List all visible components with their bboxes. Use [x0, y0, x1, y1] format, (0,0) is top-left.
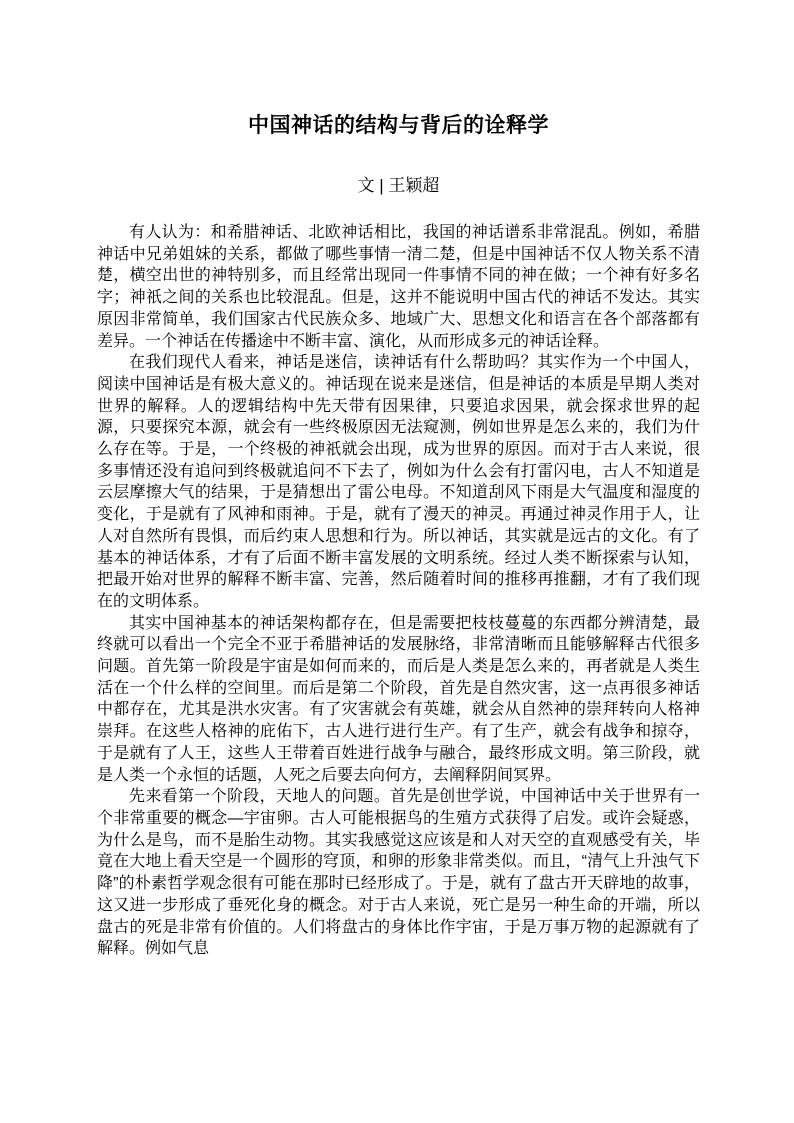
document-page: 中国神话的结构与背后的诠释学 文 | 王颖超 有人认为：和希腊神话、北欧神话相比… [0, 0, 794, 1123]
paragraph: 在我们现代人看来，神话是迷信，读神话有什么帮助吗？其实作为一个中国人，阅读中国神… [97, 352, 700, 612]
article-byline: 文 | 王颖超 [97, 175, 700, 197]
paragraph: 先来看第一个阶段，天地人的问题。首先是创世学说，中国神话中关于世界有一个非常重要… [97, 786, 700, 960]
paragraph: 有人认为：和希腊神话、北欧神话相比，我国的神话谱系非常混乱。例如，希腊神话中兄弟… [97, 222, 700, 352]
paragraph: 其实中国神基本的神话架构都存在，但是需要把枝枝蔓蔓的东西都分辨清楚，最终就可以看… [97, 613, 700, 787]
document-content: 中国神话的结构与背后的诠释学 文 | 王颖超 有人认为：和希腊神话、北欧神话相比… [0, 0, 794, 960]
article-body: 有人认为：和希腊神话、北欧神话相比，我国的神话谱系非常混乱。例如，希腊神话中兄弟… [97, 222, 700, 960]
article-title: 中国神话的结构与背后的诠释学 [97, 0, 700, 138]
